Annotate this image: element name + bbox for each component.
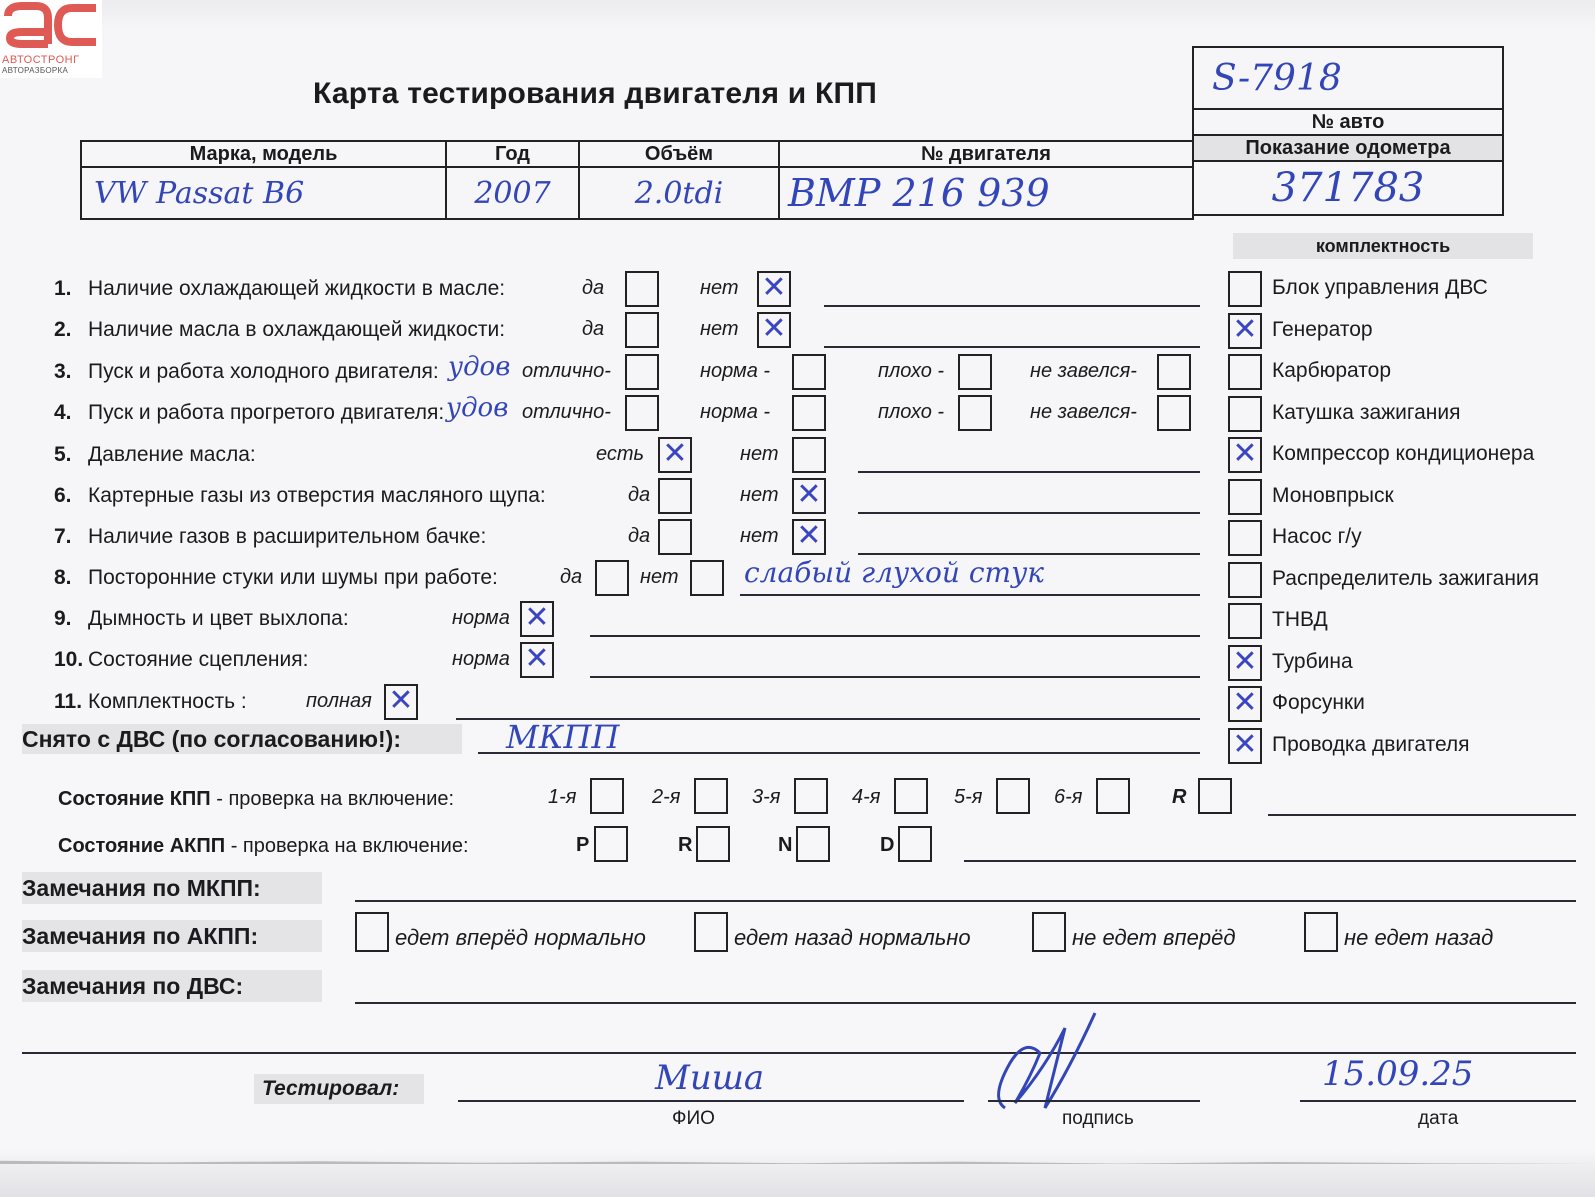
manual-gear-label: 4-я [852, 786, 880, 809]
completeness-item-label: Распределитель зажигания [1272, 567, 1539, 591]
completeness-item-label: Форсунки [1272, 691, 1365, 715]
option-label: нет [640, 566, 679, 589]
auto-gearbox-label: Состояние АКПП - проверка на включение: [58, 835, 469, 858]
note-line-2[interactable] [824, 346, 1200, 348]
check-label-3: 3.Пуск и работа холодного двигателя: [54, 360, 439, 384]
completeness-item-label: Проводка двигателя [1272, 733, 1470, 757]
check-number: 8. [54, 566, 88, 590]
auto-gear-checkbox-4[interactable] [898, 826, 932, 862]
removed-line [478, 752, 1200, 754]
checkbox-3-2[interactable] [792, 354, 826, 390]
checkbox-6-1[interactable] [658, 478, 692, 514]
year-value[interactable]: 2007 [446, 167, 579, 219]
tested-by-label: Тестировал: [254, 1074, 424, 1104]
auto-gear-checkbox-2[interactable] [696, 826, 730, 862]
check-text: Наличие охлаждающей жидкости в масле: [88, 277, 505, 300]
check-handwritten-3[interactable]: удов [448, 352, 510, 382]
completeness-checkbox-3[interactable] [1228, 354, 1262, 390]
checkbox-1-2[interactable] [757, 271, 791, 307]
auto-gear-label: P [576, 834, 589, 857]
logo-ac-icon [2, 2, 100, 48]
completeness-checkbox-6[interactable] [1228, 479, 1262, 515]
checkbox-10-1[interactable] [520, 642, 554, 678]
akpp-remark-label: едет назад нормально [734, 925, 971, 951]
auto-gear-checkbox-3[interactable] [796, 826, 830, 862]
checkbox-8-1[interactable] [595, 560, 629, 596]
option-label: да [560, 566, 582, 589]
check-label-7: 7.Наличие газов в расширительном бачке: [54, 525, 486, 549]
removed-label: Снято с ДВС (по согласованию!): [22, 724, 462, 754]
check-label-4: 4.Пуск и работа прогретого двигателя: [54, 401, 444, 425]
option-label: не завелся- [1030, 360, 1137, 383]
completeness-item-label: Генератор [1272, 318, 1373, 342]
signature-caption: подпись [1062, 1108, 1134, 1130]
auto-gear-checkbox-1[interactable] [594, 826, 628, 862]
vehicle-table: Марка, модель Год Объём № двигателя VW P… [80, 140, 1194, 220]
completeness-checkbox-11[interactable] [1228, 686, 1262, 722]
option-label: отлично- [522, 401, 611, 424]
check-text: Наличие газов в расширительном бачке: [88, 525, 486, 548]
date-value[interactable]: 15.09.25 [1322, 1054, 1473, 1094]
completeness-checkbox-12[interactable] [1228, 728, 1262, 764]
option-label: не завелся- [1030, 401, 1137, 424]
make-model-value[interactable]: VW Passat B6 [81, 167, 446, 219]
auto-gearbox-label-rest: - проверка на включение: [225, 835, 468, 857]
removed-value[interactable]: МКПП [506, 718, 619, 756]
check-number: 2. [54, 318, 88, 342]
check-text: Пуск и работа холодного двигателя: [88, 360, 439, 383]
fio-caption: ФИО [672, 1108, 715, 1130]
header-year: Год [446, 141, 579, 167]
completeness-checkbox-5[interactable] [1228, 437, 1262, 473]
completeness-title: комплектность [1233, 233, 1533, 259]
header-engine-number: № двигателя [779, 141, 1193, 167]
checkbox-3-4[interactable] [1157, 354, 1191, 390]
completeness-item-label: Катушка зажигания [1272, 401, 1460, 425]
remarks-mkpp-label: Замечания по МКПП: [22, 872, 322, 904]
check-number: 9. [54, 607, 88, 631]
fio-line [458, 1100, 964, 1102]
signature-line [988, 1100, 1200, 1102]
header-volume: Объём [579, 141, 779, 167]
checkbox-4-4[interactable] [1157, 395, 1191, 431]
option-label: нет [700, 318, 739, 341]
option-label: да [582, 318, 604, 341]
completeness-checkbox-10[interactable] [1228, 645, 1262, 681]
option-label: норма - [700, 360, 770, 383]
option-label: норма - [700, 401, 770, 424]
engine-number-value[interactable]: BMP 216 939 [779, 167, 1193, 219]
option-label: нет [740, 484, 779, 507]
check-text: Состояние сцепления: [88, 648, 308, 671]
check-text: Пуск и работа прогретого двигателя: [88, 401, 444, 424]
completeness-item-label: Блок управления ДВС [1272, 276, 1488, 300]
check-number: 10. [54, 648, 88, 672]
tester-name-value[interactable]: Миша [655, 1058, 764, 1098]
manual-gear-checkbox-6[interactable] [1096, 778, 1130, 814]
manual-gear-label: 5-я [954, 786, 982, 809]
manual-gear-checkbox-3[interactable] [794, 778, 828, 814]
completeness-checkbox-7[interactable] [1228, 520, 1262, 556]
note-line-9[interactable] [590, 635, 1200, 637]
completeness-item-label: Компрессор кондиционера [1272, 442, 1534, 466]
checkbox-4-3[interactable] [958, 395, 992, 431]
option-label: полная [306, 690, 372, 713]
check-label-10: 10.Состояние сцепления: [54, 648, 308, 672]
checkbox-6-2[interactable] [792, 478, 826, 514]
checkbox-5-2[interactable] [792, 437, 826, 473]
checkbox-7-2[interactable] [792, 519, 826, 555]
check-label-6: 6.Картерные газы из отверстия масляного … [54, 484, 546, 508]
manual-gear-checkbox-4[interactable] [894, 778, 928, 814]
completeness-item-label: Насос г/у [1272, 525, 1362, 549]
akpp-remark-checkbox-2[interactable] [694, 912, 728, 952]
note-line-7[interactable] [858, 553, 1200, 555]
manual-gearbox-label: Состояние КПП - проверка на включение: [58, 788, 454, 811]
manual-gear-label: 2-я [652, 786, 680, 809]
manual-gear-checkbox-1[interactable] [590, 778, 624, 814]
check-note-8[interactable]: слабый глухой стук [744, 556, 1044, 589]
car-number-label: № авто [1193, 109, 1503, 135]
checkbox-2-2[interactable] [757, 312, 791, 348]
auto-gear-label: D [880, 834, 894, 857]
auto-gearbox-label-bold: Состояние АКПП [58, 835, 225, 857]
checkbox-4-1[interactable] [625, 395, 659, 431]
check-number: 3. [54, 360, 88, 384]
volume-value[interactable]: 2.0tdi [579, 167, 779, 219]
option-label: отлично- [522, 360, 611, 383]
option-label: плохо - [878, 401, 944, 424]
check-text: Давление масла: [88, 443, 256, 466]
note-line-6[interactable] [858, 512, 1200, 514]
option-label: нет [700, 277, 739, 300]
manual-gearbox-label-rest: - проверка на включение: [211, 788, 454, 810]
header-make-model: Марка, модель [81, 141, 446, 167]
logo-name: АВТОСТРОНГ [2, 54, 80, 66]
vehicle-id-box: S-7918 № авто Показание одометра 371783 [1192, 46, 1504, 216]
check-text: Комплектность : [88, 690, 247, 713]
akpp-remark-checkbox-4[interactable] [1304, 912, 1338, 952]
checkbox-8-2[interactable] [690, 560, 724, 596]
check-label-9: 9.Дымность и цвет выхлопа: [54, 607, 349, 631]
checkbox-3-1[interactable] [625, 354, 659, 390]
manual-gearbox-line [1268, 814, 1576, 816]
checkbox-11-1[interactable] [384, 684, 418, 720]
check-label-5: 5.Давление масла: [54, 443, 256, 467]
completeness-item-label: ТНВД [1272, 608, 1328, 632]
option-label: есть [596, 443, 644, 466]
note-line-10[interactable] [590, 676, 1200, 678]
remarks-dvs-label: Замечания по ДВС: [22, 970, 322, 1002]
completeness-item-label: Карбюратор [1272, 359, 1391, 383]
akpp-remark-label: едет вперёд нормально [395, 925, 646, 951]
option-label: норма [452, 607, 510, 630]
check-label-2: 2.Наличие масла в охлаждающей жидкости: [54, 318, 505, 342]
car-number-value[interactable]: S-7918 [1193, 47, 1503, 109]
manual-gear-label: R [1172, 786, 1186, 809]
completeness-item-label: Моновпрыск [1272, 484, 1394, 508]
note-line-5[interactable] [858, 471, 1200, 473]
option-label: нет [740, 443, 779, 466]
check-number: 11. [54, 690, 88, 714]
manual-gear-label: 1-я [548, 786, 576, 809]
remarks-dvs-field[interactable] [355, 1002, 1576, 1004]
check-number: 5. [54, 443, 88, 467]
manual-gear-checkbox-5[interactable] [996, 778, 1030, 814]
remarks-mkpp-field[interactable] [355, 900, 1576, 902]
check-number: 7. [54, 525, 88, 549]
check-text: Картерные газы из отверстия масляного щу… [88, 484, 546, 507]
auto-gear-label: N [778, 834, 792, 857]
auto-gear-label: R [678, 834, 692, 857]
completeness-item-label: Турбина [1272, 650, 1353, 674]
checkbox-4-2[interactable] [792, 395, 826, 431]
manual-gear-label: 6-я [1054, 786, 1082, 809]
checkbox-9-1[interactable] [520, 601, 554, 637]
option-label: плохо - [878, 360, 944, 383]
akpp-remark-label: не едет назад [1344, 925, 1493, 951]
completeness-checkbox-1[interactable] [1228, 271, 1262, 307]
manual-gear-checkbox-2[interactable] [694, 778, 728, 814]
option-label: да [628, 525, 650, 548]
odometer-label: Показание одометра [1193, 135, 1503, 161]
manual-gear-label: 3-я [752, 786, 780, 809]
completeness-checkbox-8[interactable] [1228, 562, 1262, 598]
manual-gearbox-label-bold: Состояние КПП [58, 788, 211, 810]
logo-subtitle: АВТОРАЗБОРКА [2, 66, 68, 75]
option-label: нет [740, 525, 779, 548]
check-number: 4. [54, 401, 88, 425]
check-handwritten-4[interactable]: удов [446, 393, 508, 423]
checkbox-2-1[interactable] [625, 312, 659, 348]
completeness-checkbox-4[interactable] [1228, 396, 1262, 432]
akpp-remark-checkbox-1[interactable] [355, 912, 389, 952]
akpp-remark-label: не едет вперёд [1072, 925, 1236, 951]
date-line [1300, 1100, 1576, 1102]
option-label: норма [452, 648, 510, 671]
auto-gearbox-line [964, 860, 1576, 862]
company-logo: АВТОСТРОНГ АВТОРАЗБОРКА [0, 0, 102, 78]
check-number: 6. [54, 484, 88, 508]
check-label-8: 8.Посторонние стуки или шумы при работе: [54, 566, 498, 590]
option-label: да [628, 484, 650, 507]
check-label-11: 11.Комплектность : [54, 690, 247, 714]
odometer-value[interactable]: 371783 [1193, 161, 1503, 215]
check-text: Посторонние стуки или шумы при работе: [88, 566, 498, 589]
check-text: Дымность и цвет выхлопа: [88, 607, 349, 630]
date-caption: дата [1418, 1108, 1458, 1130]
completeness-checkbox-9[interactable] [1228, 603, 1262, 639]
check-number: 1. [54, 277, 88, 301]
check-label-1: 1.Наличие охлаждающей жидкости в масле: [54, 277, 505, 301]
option-label: да [582, 277, 604, 300]
akpp-remark-checkbox-3[interactable] [1032, 912, 1066, 952]
remarks-akpp-label: Замечания по АКПП: [22, 920, 322, 952]
note-line-8[interactable] [740, 594, 1200, 596]
completeness-checkbox-2[interactable] [1228, 313, 1262, 349]
checkbox-1-1[interactable] [625, 271, 659, 307]
check-text: Наличие масла в охлаждающей жидкости: [88, 318, 505, 341]
checkbox-3-3[interactable] [958, 354, 992, 390]
manual-gear-checkbox-7[interactable] [1198, 778, 1232, 814]
note-line-1[interactable] [824, 305, 1200, 307]
checkbox-5-1[interactable] [658, 437, 692, 473]
checkbox-7-1[interactable] [658, 519, 692, 555]
form-title: Карта тестирования двигателя и КПП [313, 77, 877, 111]
